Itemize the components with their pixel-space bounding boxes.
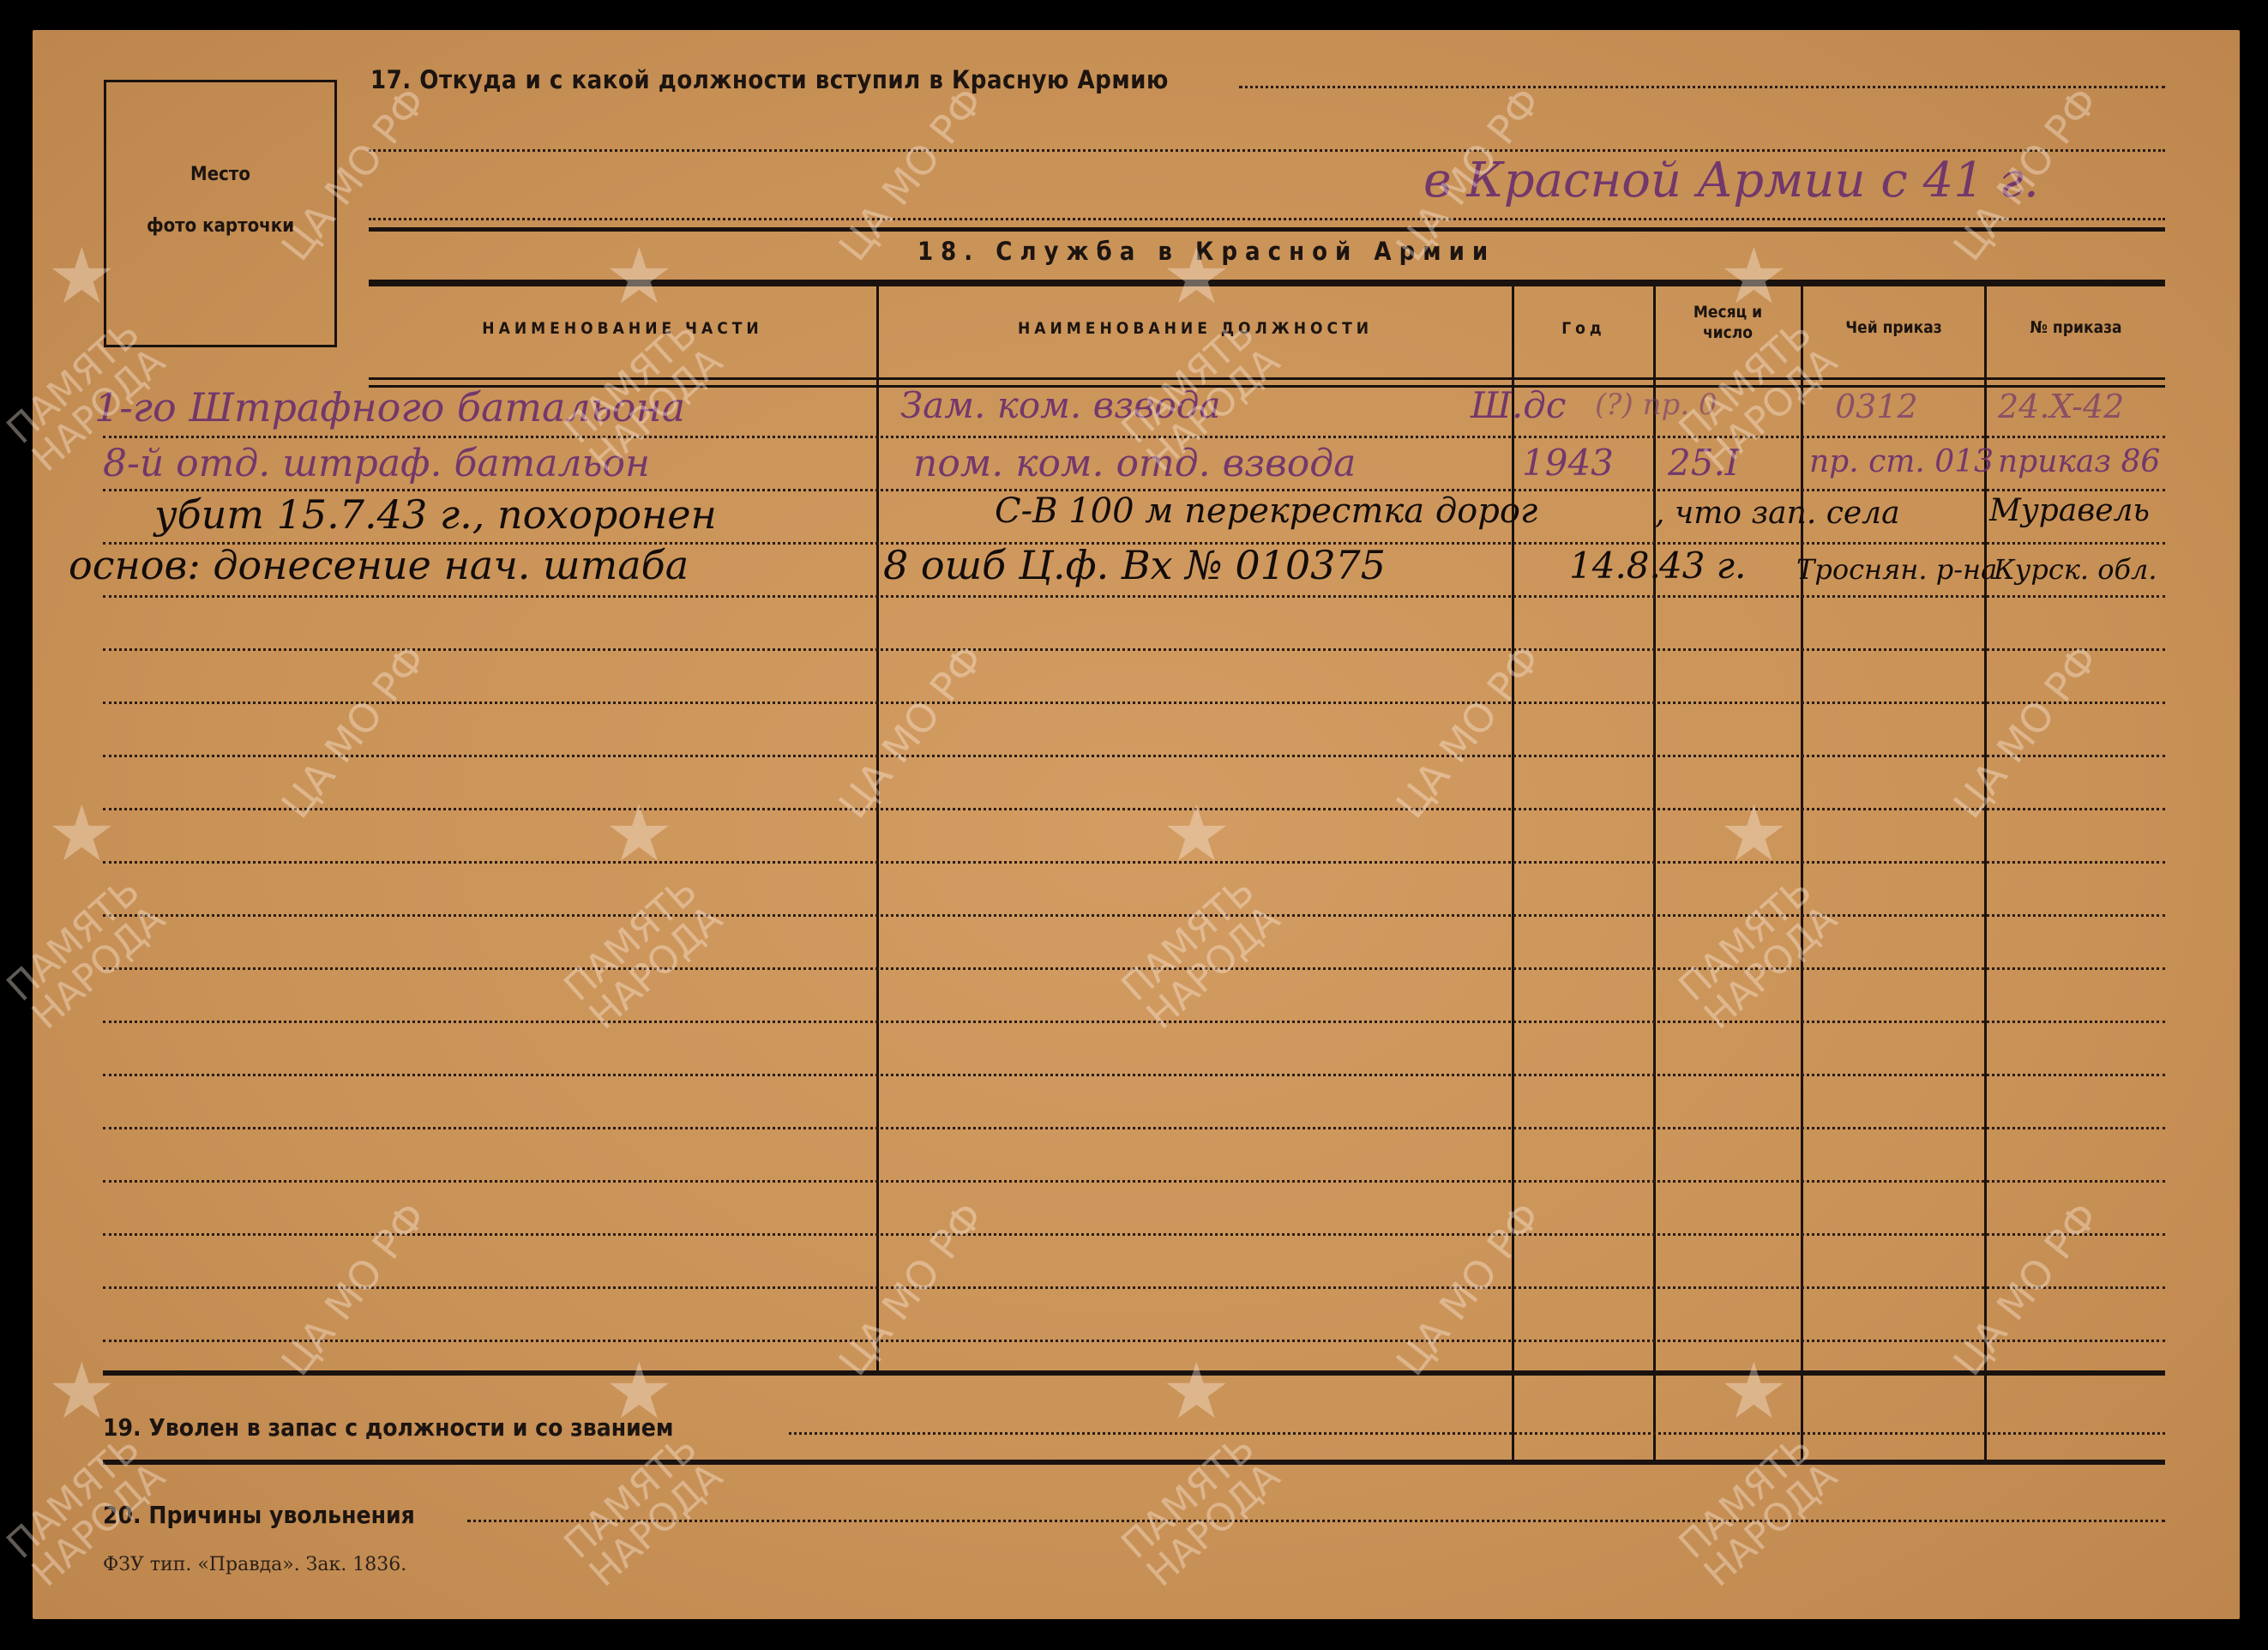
section18-title: 18. Служба в Красной Армии — [917, 237, 1495, 266]
field17-label: 17. Откуда и с какой должности вступил в… — [370, 65, 1169, 94]
column-header-unit: НАИМЕНОВАНИЕ ЧАСТИ — [369, 319, 876, 338]
column-header-order-no: № приказа — [1987, 317, 2165, 338]
row-line — [103, 1127, 2165, 1129]
cell-year: 14.8. — [1569, 545, 1661, 587]
cell-order-by: 0312 — [1835, 388, 1918, 425]
cell-unit: основ: донесение нач. штаба — [69, 542, 689, 588]
field17-handwritten-value: в Красной Армии с 41 г. — [1423, 153, 2039, 208]
field20-dotted-line — [467, 1520, 2165, 1522]
cell-month-day: 43 г. — [1659, 545, 1746, 587]
row-line — [103, 755, 2165, 757]
column-header-year: Год — [1514, 319, 1653, 338]
header-bottom-line — [369, 377, 2165, 380]
row-line — [103, 861, 2165, 864]
row-line — [103, 808, 2165, 810]
column-header-month-day: Месяц и число — [1656, 302, 1800, 343]
cell-month-day: 25.I — [1668, 442, 1739, 484]
row-line — [103, 1340, 2165, 1342]
table-bottom-border — [103, 1370, 2165, 1376]
cell-position: Зам. ком. взвода — [900, 384, 1220, 426]
field19-dotted-line — [789, 1432, 2165, 1435]
column-header-order-by: Чей приказ — [1803, 317, 1984, 338]
cell-order-no: Муравель — [1989, 493, 2150, 528]
row-line — [103, 1021, 2165, 1023]
column-divider-3 — [1653, 286, 1656, 1461]
column-divider-1 — [876, 286, 879, 1372]
field17-dotted-line-3 — [369, 218, 2165, 220]
cell-order-by: , что зап. села — [1655, 496, 1900, 531]
row-line — [103, 1233, 2165, 1236]
cell-order-no: Курск. обл. — [1994, 553, 2157, 586]
printer-footer: ФЗУ тип. «Правда». Зак. 1836. — [103, 1554, 406, 1575]
cell-year: Ш.дс — [1471, 384, 1566, 426]
row-line — [103, 1180, 2165, 1183]
table-top-border — [369, 280, 2165, 286]
cell-order-no: приказ 86 — [1998, 444, 2160, 479]
field19-label: 19. Уволен в запас с должности и со зван… — [103, 1413, 673, 1442]
column-header-position: НАИМЕНОВАНИЕ ДОЛЖНОСТИ — [879, 319, 1512, 338]
archive-document-card — [33, 30, 2240, 1619]
row-line — [103, 648, 2165, 651]
cell-unit: убит 15.7.43 г., похоронен — [154, 491, 717, 538]
cell-order-by: Троснян. р-на — [1796, 553, 1997, 586]
field17-dotted-line — [1239, 86, 2165, 88]
field20-label: 20. Причины увольнения — [103, 1501, 415, 1529]
cell-year: 1943 — [1522, 442, 1614, 484]
photo-label-card: фото карточки — [106, 215, 334, 237]
photo-label-place: Место — [106, 164, 334, 185]
row-line — [103, 595, 2165, 598]
field17-dotted-line-2 — [369, 149, 2165, 152]
row-line — [103, 1286, 2165, 1289]
cell-position: 8 ошб Ц.ф. Вх № 010375 — [883, 542, 1386, 588]
divider-line — [369, 227, 2165, 232]
column-divider-4 — [1801, 286, 1803, 1461]
row-line — [103, 1074, 2165, 1076]
row-line — [103, 436, 2165, 438]
divider-line-19 — [103, 1460, 2165, 1465]
cell-unit: 8-й отд. штраф. батальон — [103, 442, 650, 485]
cell-unit: 1-го Штрафного батальона — [94, 384, 685, 431]
cell-position: пом. ком. отд. взвода — [913, 442, 1356, 485]
photo-placeholder-box: Место фото карточки — [104, 80, 337, 347]
cell-month-day: (?) пр. 0 — [1595, 388, 1717, 422]
row-line — [103, 914, 2165, 917]
cell-order-no: 24.X-42 — [1998, 388, 2124, 425]
row-line — [103, 702, 2165, 704]
row-line — [103, 967, 2165, 970]
cell-position: С-В 100 м перекрестка дорог — [995, 491, 1537, 531]
cell-order-by: пр. ст. 013 — [1809, 444, 1994, 479]
column-divider-2 — [1512, 286, 1514, 1461]
